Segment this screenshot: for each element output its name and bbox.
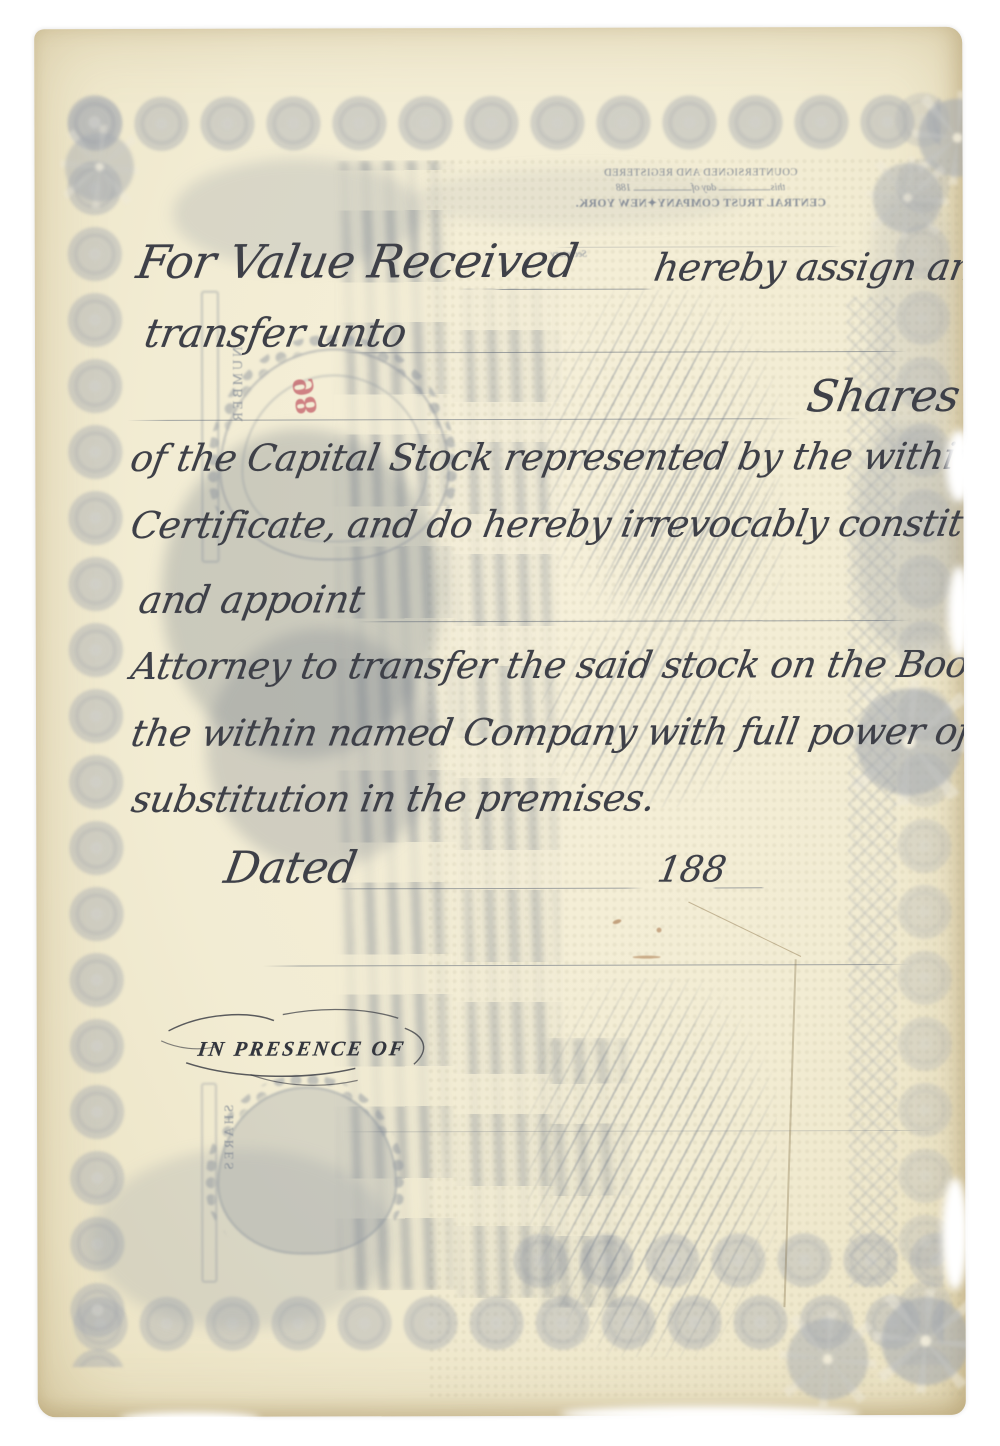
ghost-shares-label: SHARES (221, 1105, 237, 1173)
transfer-unto-text: transfer unto (141, 310, 410, 357)
in-presence-of-block: IN PRESENCE OF (175, 1030, 386, 1056)
year-prefix-text: 188 (654, 849, 728, 890)
hereby-assign-text: hereby assign and (651, 245, 966, 290)
body-line-3: Attorney to transfer the said stock on t… (128, 643, 966, 688)
in-presence-of-text: IN PRESENCE OF (196, 1036, 407, 1062)
edge-bite-3 (942, 1178, 968, 1290)
year-blank-line (712, 887, 764, 888)
and-appoint-text: and appoint (136, 577, 368, 622)
shares-text: Shares (803, 371, 963, 422)
ghost-trust-company-line: CENTRAL TRUST COMPANY✦NEW YORK. (551, 195, 851, 210)
border-chain-top (62, 85, 940, 161)
rosette-bottom-right (873, 1289, 965, 1393)
ghost-countersigned-line: COUNTERSIGNED AND REGISTERED (551, 167, 851, 179)
edge-bite-2 (948, 566, 970, 658)
body-line-1: of the Capital Stock represented by the … (127, 435, 965, 480)
for-value-received-text: For Value Received (133, 234, 582, 289)
edge-bite-5 (120, 1412, 260, 1426)
ghost-certificate-number: 98 (288, 375, 324, 417)
dated-text: Dated (220, 842, 360, 893)
ghost-hatch-4 (527, 977, 778, 1358)
rosette-bottom-right-2 (780, 1311, 876, 1407)
border-chain-left (58, 89, 137, 1367)
ghost-date-line: this day of 188 (551, 181, 851, 194)
body-line-2: Certificate, and do hereby irrevocably c… (128, 502, 966, 547)
body-line-4: the within named Company with full power… (128, 710, 966, 755)
edge-bite-4 (560, 1406, 860, 1422)
certificate-paper: NUMBER 98 SHARES COUNTERSIGNED AND REGIS… (34, 27, 966, 1417)
ghost-countersign-block: COUNTERSIGNED AND REGISTERED this day of… (551, 167, 851, 210)
scanned-certificate-page: NUMBER 98 SHARES COUNTERSIGNED AND REGIS… (0, 0, 1000, 1446)
rosette-top-left (60, 125, 138, 209)
edge-bite-1 (946, 430, 972, 502)
body-line-5: substitution in the premises. (128, 777, 658, 821)
ghost-number-label: NUMBER (231, 347, 247, 425)
stain-speck-3 (657, 928, 662, 933)
